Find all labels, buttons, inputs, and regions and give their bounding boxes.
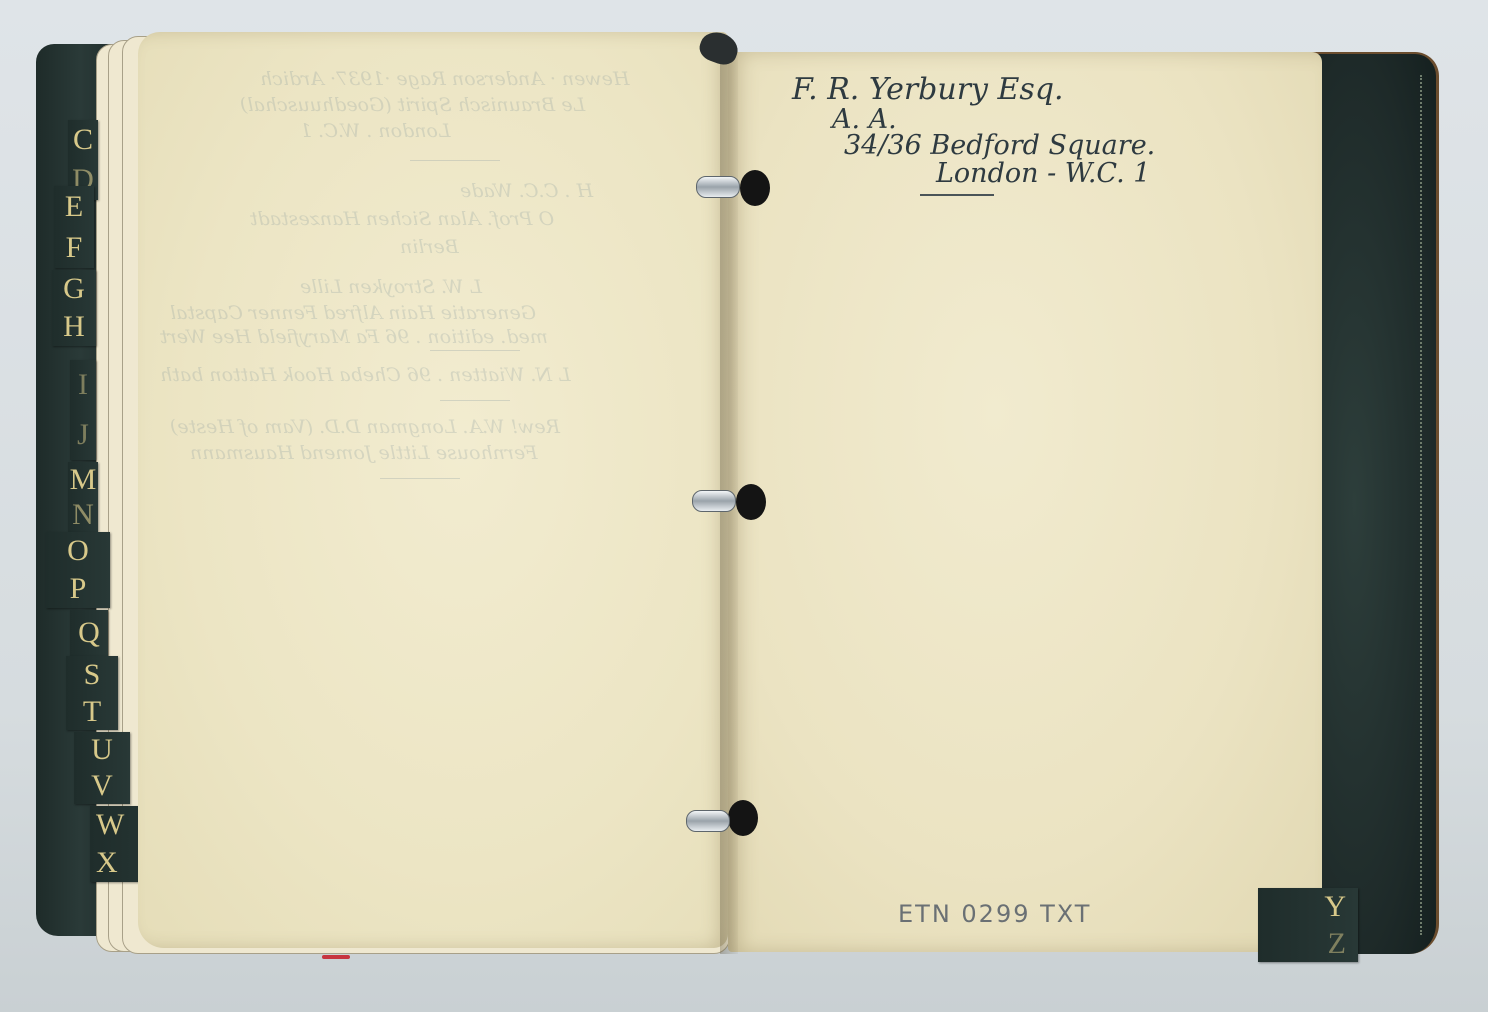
tab-letter: P — [70, 574, 87, 604]
tab-letter: N — [72, 500, 94, 530]
tab-letter: Y — [1324, 892, 1346, 922]
bleed-through-text: Hewen · Anderson Rage ·1937· Ardich Le B… — [150, 50, 710, 490]
ring-hole — [728, 800, 758, 836]
ring-hole — [740, 170, 770, 206]
ring-hole — [736, 484, 766, 520]
index-tab-uv[interactable]: U V — [74, 732, 130, 804]
entry-underline — [920, 194, 994, 196]
tab-letter: G — [63, 274, 85, 304]
tab-letter: J — [77, 420, 89, 450]
tab-letter: X — [96, 848, 118, 878]
index-tab-ef[interactable]: E F — [54, 186, 94, 268]
tab-letter: M — [70, 465, 97, 495]
tab-letter: Z — [1328, 929, 1346, 959]
tab-letter: S — [84, 660, 101, 690]
tab-letter: E — [65, 192, 83, 222]
tab-letter: T — [83, 697, 101, 727]
tab-letter: U — [91, 735, 113, 765]
tab-letter: I — [78, 370, 88, 400]
index-tab-yz[interactable]: Y Z — [1258, 888, 1358, 962]
tab-letter: W — [96, 810, 124, 840]
tab-letter: H — [63, 312, 85, 342]
index-tab-st[interactable]: S T — [66, 656, 118, 730]
red-ink-mark — [322, 955, 350, 959]
tab-letter: O — [67, 536, 89, 566]
entry-address-line2: London - W.C. 1 — [936, 158, 1150, 189]
binder-ring — [696, 176, 740, 198]
tab-letter: F — [66, 233, 83, 263]
index-tab-op[interactable]: O P — [46, 532, 110, 608]
binder-ring — [692, 490, 736, 512]
index-tab-gh[interactable]: G H — [52, 270, 96, 346]
cover-stitching — [1420, 75, 1422, 935]
tab-letter: Q — [78, 618, 100, 648]
index-tab-ij[interactable]: I J — [70, 360, 96, 460]
tab-letter: C — [73, 125, 93, 155]
tab-letter: V — [91, 771, 113, 801]
index-tab-qr[interactable]: Q — [70, 610, 108, 656]
binder-ring — [686, 810, 730, 832]
entry-name: F. R. Yerbury Esq. — [792, 72, 1064, 107]
index-tab-mn[interactable]: M N — [68, 462, 98, 532]
pencil-catalog-note: ETN 0299 TXT — [898, 900, 1091, 928]
entry-address-line1: 34/36 Bedford Square. — [844, 130, 1155, 161]
